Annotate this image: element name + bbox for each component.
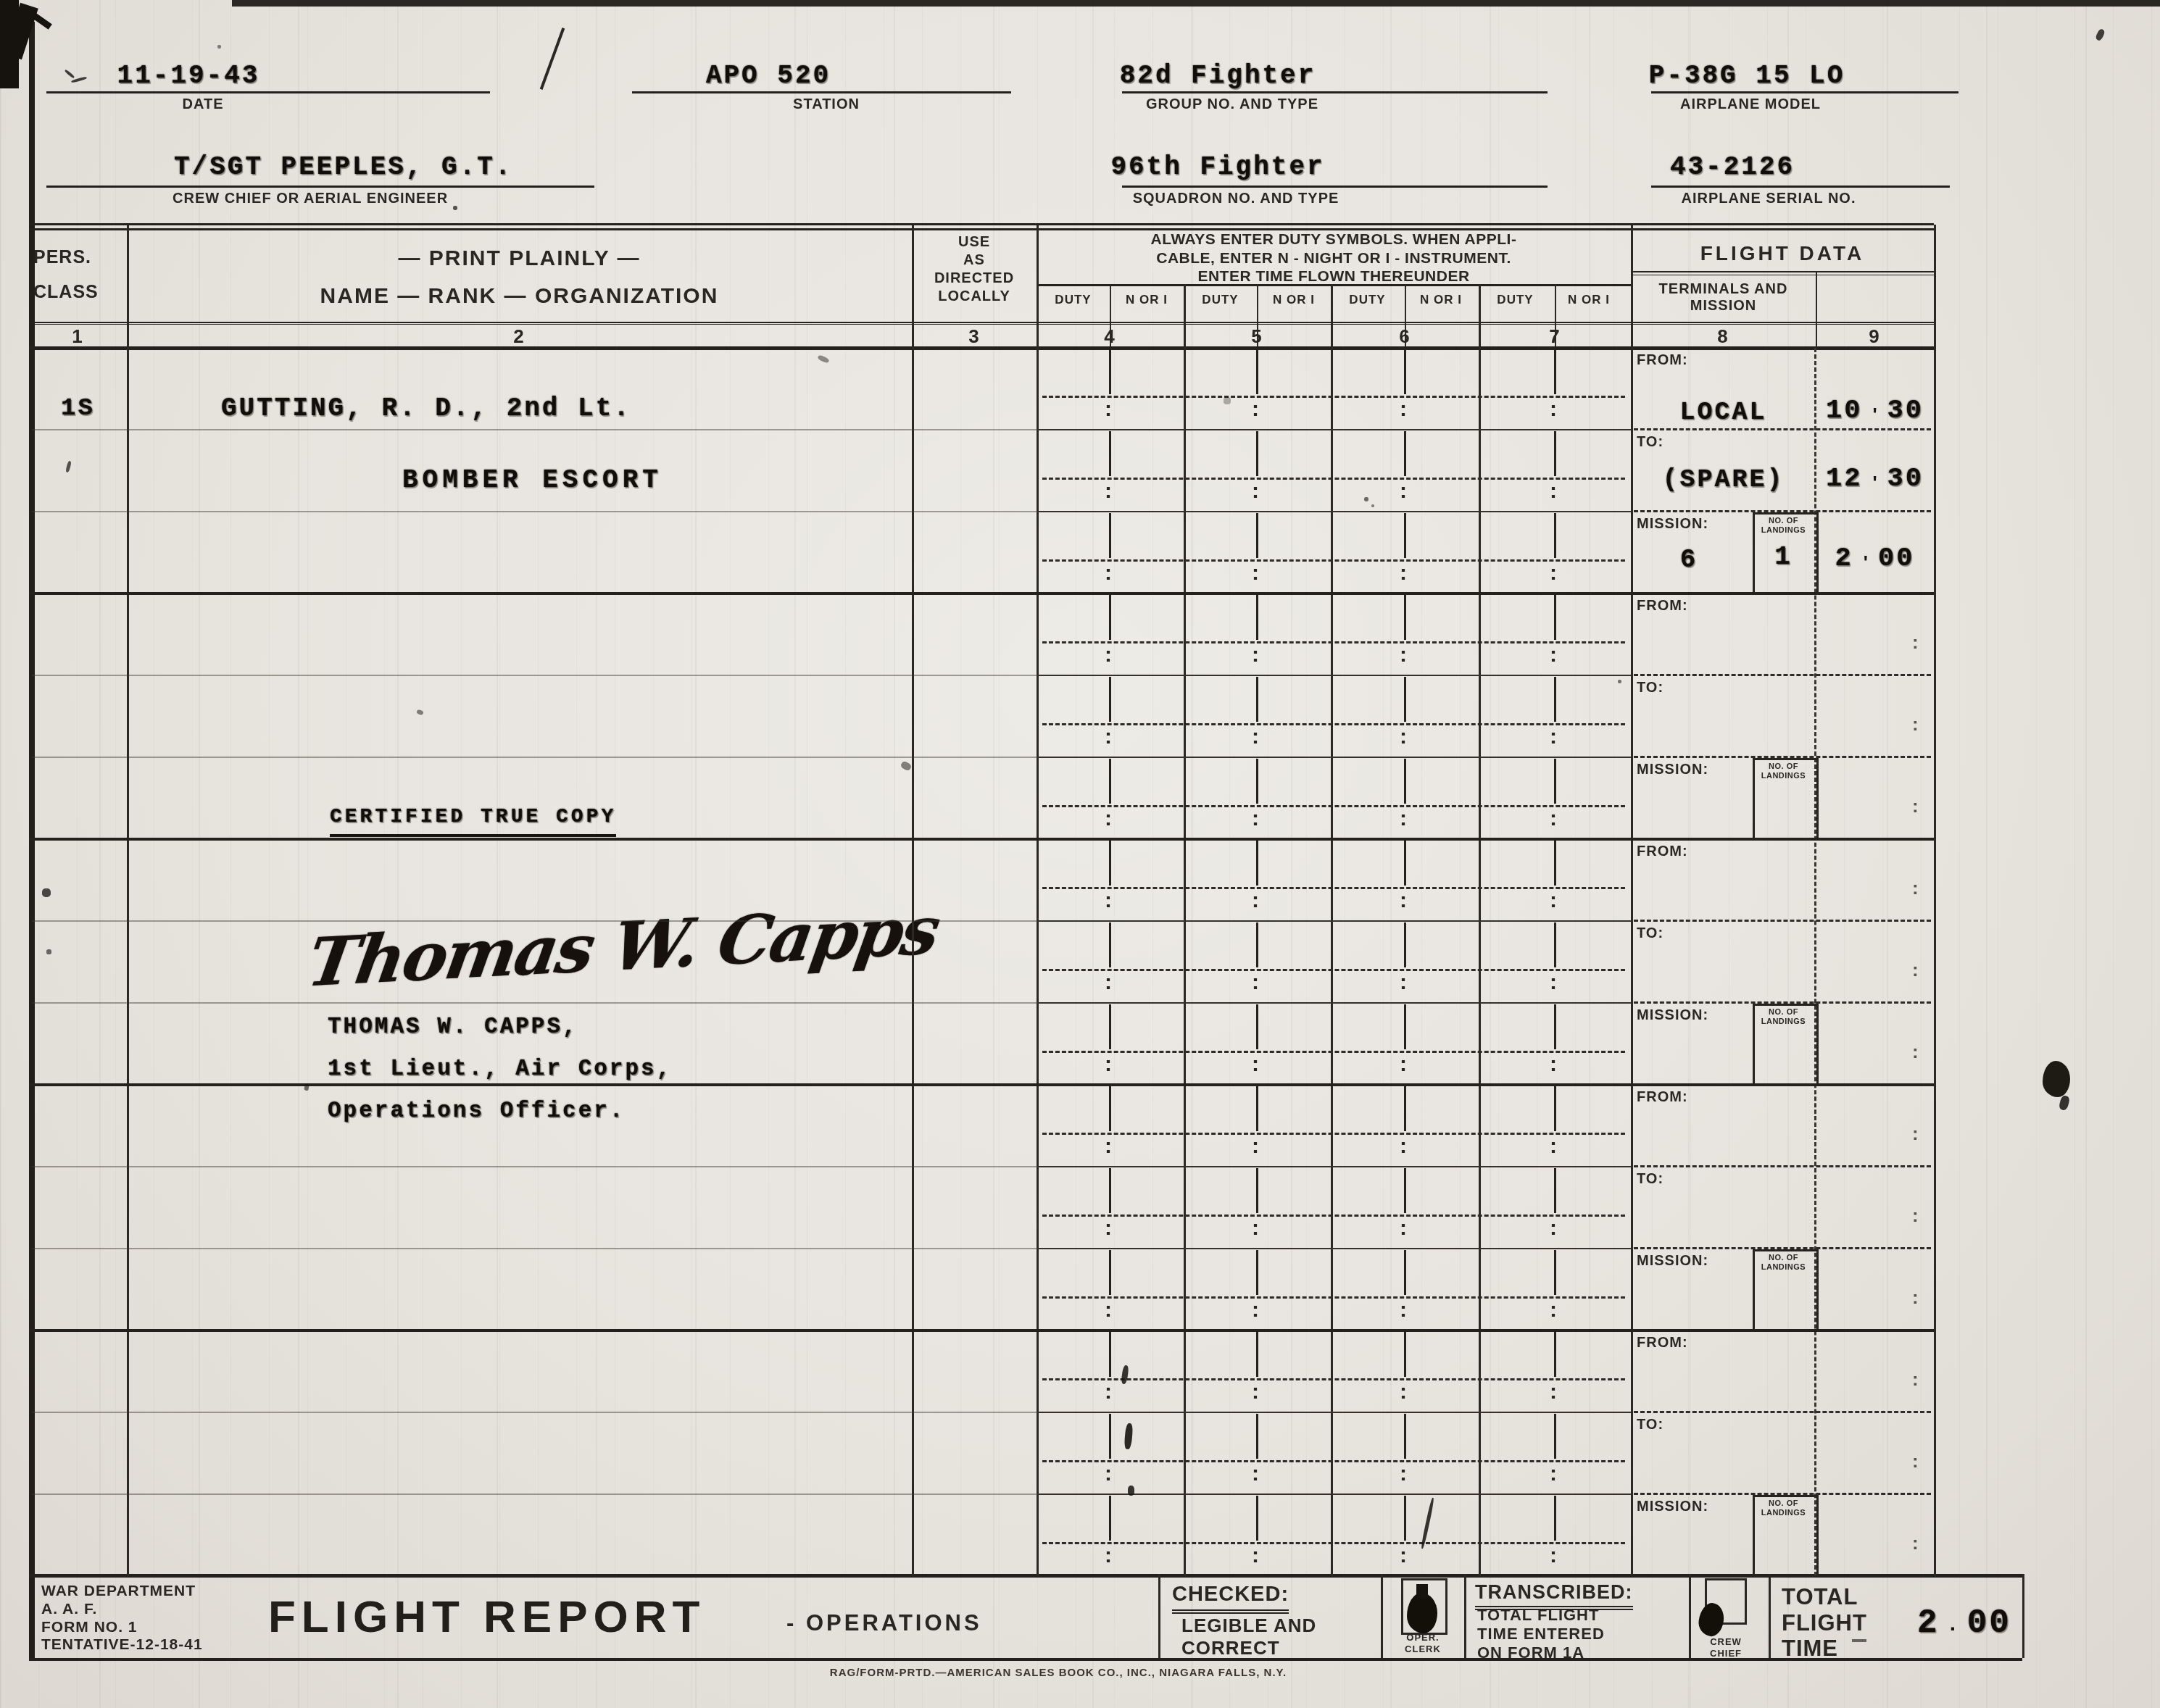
duty-time-colon: [1550, 725, 1557, 749]
duty-time-colon: [1252, 1298, 1259, 1322]
duty-time-colon: [1550, 561, 1557, 586]
date-label: DATE: [130, 96, 275, 113]
grid-vline: [2022, 1574, 2024, 1658]
print-plainly-header: — PRINT PLAINLY —: [127, 246, 912, 272]
rule-line: [1631, 271, 1934, 272]
flight-time-empty-colon: [1912, 877, 1919, 899]
squadron-line: [1122, 186, 1548, 188]
to-time-minutes: 30: [1887, 464, 1924, 494]
scan-speck: [453, 206, 457, 210]
duty-time-colon: [1105, 970, 1112, 995]
total-time-dash: [1852, 1639, 1866, 1642]
duty-subdivider-tick: [1554, 431, 1556, 476]
scan-speck: [304, 1084, 309, 1091]
duty-subdivider-tick: [1256, 1086, 1258, 1131]
subrow-line-terminals: [1634, 1411, 1931, 1413]
airplane-model-line: [1651, 91, 1958, 93]
duty-time-colon: [1400, 397, 1407, 422]
landings-box-label: NO. OF LANDINGS: [1754, 762, 1813, 780]
duty-subdivider-tick: [1554, 1496, 1556, 1541]
duty-subdivider-tick: [1256, 841, 1258, 886]
duty-time-colon: [1252, 561, 1259, 586]
duty-subheader: DUTY: [1331, 293, 1404, 307]
flight-time-empty-colon: [1912, 1204, 1919, 1227]
group-boundary-line: [29, 1329, 1934, 1332]
subrow-line-duty: [1037, 675, 1631, 676]
duty-subdivider-tick: [1109, 1250, 1111, 1295]
ink-blot: [2043, 1061, 2070, 1097]
column-number: 2: [490, 326, 548, 348]
duty-subdivider-tick: [1404, 1332, 1406, 1377]
duty-subdivider-tick: [1109, 922, 1111, 967]
subrow-line-left: [32, 511, 1037, 512]
duty-time-colon: [1400, 1216, 1407, 1241]
duty-subdivider-tick: [1404, 513, 1406, 558]
rule-line: [29, 1658, 2022, 1661]
mission-time-separator: [1864, 551, 1868, 574]
grid-vline: [127, 225, 129, 1576]
duty-subdivider-tick: [1256, 595, 1258, 640]
duty-time-colon: [1105, 561, 1112, 586]
group-boundary-line: [29, 1083, 1934, 1086]
group-value: 82d Fighter: [1087, 61, 1348, 91]
flight-time-empty-colon: [1912, 795, 1919, 817]
scan-speck: [1421, 1497, 1435, 1549]
column-number: 9: [1845, 326, 1903, 348]
duty-subdivider-tick: [1404, 1168, 1406, 1213]
duty-subdivider-tick: [1554, 1086, 1556, 1131]
duty-time-colon: [1105, 1052, 1112, 1077]
scan-speck: [416, 709, 424, 716]
terminal-to-label: TO:: [1637, 1417, 1663, 1433]
station-value: APO 520: [674, 61, 863, 91]
duty-time-colon: [1252, 1380, 1259, 1404]
terminal-from-label: FROM:: [1637, 1335, 1688, 1351]
grid-vline: [1689, 1574, 1691, 1658]
night-instrument-subheader: N OR I: [1257, 293, 1331, 307]
mission-time-hours: 2: [1835, 543, 1853, 574]
duty-subdivider-tick: [1404, 1086, 1406, 1131]
terminals-mission-header: TERMINALS AND MISSION: [1631, 281, 1816, 314]
duty-time-colon: [1550, 888, 1557, 913]
flight-time-empty-colon: [1912, 713, 1919, 736]
duty-time-colon: [1400, 643, 1407, 667]
subrow-line-terminals: [1634, 674, 1931, 676]
duty-subdivider-tick: [1554, 1250, 1556, 1295]
grid-vline: [1816, 271, 1817, 348]
duty-time-colon: [1252, 397, 1259, 422]
group-line: [1122, 91, 1548, 93]
duty-subdivider-tick: [1256, 349, 1258, 394]
duty-time-colon: [1252, 643, 1259, 667]
duty-entry-dashes: [1042, 1378, 1625, 1380]
flight-report-form: 11-19-43 DATE APO 520 STATION 82d Fighte…: [0, 0, 2160, 1708]
flight-time-empty-colon: [1912, 1122, 1919, 1145]
duty-time-colon: [1252, 1544, 1259, 1568]
night-instrument-subheader: N OR I: [1404, 293, 1478, 307]
signer-typed-name: THOMAS W. CAPPS,: [328, 1015, 578, 1040]
duty-time-colon: [1105, 1380, 1112, 1404]
duty-time-colon: [1400, 1052, 1407, 1077]
duty-subdivider-tick: [1109, 759, 1111, 804]
duty-entry-dashes: [1042, 1133, 1625, 1135]
duty-subdivider-tick: [1256, 1168, 1258, 1213]
terminal-mission-label: MISSION:: [1637, 1007, 1708, 1024]
duty-time-colon: [1550, 643, 1557, 667]
duty-subdivider-tick: [1256, 1414, 1258, 1459]
to-terminal-value: (SPARE): [1631, 465, 1816, 494]
duty-time-colon: [1252, 725, 1259, 749]
transcribed-text: TOTAL FLIGHT TIME ENTERED ON FORM 1A: [1477, 1606, 1605, 1662]
checked-label: CHECKED:: [1172, 1583, 1289, 1614]
duty-time-colon: [1400, 479, 1407, 504]
signer-typed-rank: 1st Lieut., Air Corps,: [328, 1057, 672, 1082]
from-time-minutes: 30: [1887, 396, 1924, 426]
duty-time-colon: [1550, 397, 1557, 422]
duty-subdivider-tick: [1404, 841, 1406, 886]
rule-line: [29, 228, 1934, 230]
crew-chief-value: T/SGT PEEPLES, G.T.: [174, 152, 512, 182]
landings-value: 1: [1754, 542, 1813, 572]
duty-entry-dashes: [1042, 805, 1625, 807]
crew-chief-line: [46, 186, 594, 188]
grid-vline: [1934, 225, 1936, 1576]
duty-entry-dashes: [1042, 478, 1625, 480]
station-line: [632, 91, 1011, 93]
scan-speck: [2059, 1095, 2071, 1111]
duty-time-colon: [1400, 1544, 1407, 1568]
duty-subdivider-tick: [1554, 1414, 1556, 1459]
flight-time-empty-colon: [1912, 1450, 1919, 1472]
duty-time-colon: [1400, 970, 1407, 995]
terminal-mission-label: MISSION:: [1637, 762, 1708, 778]
duty-time-colon: [1550, 1462, 1557, 1486]
subrow-line-left: [32, 757, 1037, 758]
duty-time-colon: [1252, 1216, 1259, 1241]
subrow-line-left: [32, 429, 1037, 430]
to-time-separator: [1872, 472, 1877, 494]
duty-subdivider-tick: [1109, 431, 1111, 476]
duty-subdivider-tick: [1404, 759, 1406, 804]
column-number: 3: [945, 326, 1003, 348]
duty-entry-dashes: [1042, 1215, 1625, 1217]
grid-vline: [1381, 1574, 1383, 1658]
subrow-line-left: [32, 1248, 1037, 1249]
duty-entry-dashes: [1042, 396, 1625, 398]
pen-slash-mark: [540, 28, 565, 90]
flight-time-empty-colon: [1912, 959, 1919, 981]
column-number: 4: [1081, 326, 1139, 348]
squadron-value: 96th Fighter: [1087, 152, 1348, 182]
flight-time-empty-colon: [1912, 1286, 1919, 1309]
duty-entry-dashes: [1042, 723, 1625, 725]
duty-time-colon: [1400, 1298, 1407, 1322]
duty-subdivider-tick: [1109, 1332, 1111, 1377]
grid-vline: [912, 225, 914, 1576]
subrow-line-duty: [1037, 757, 1631, 758]
subrow-line-left: [32, 1166, 1037, 1167]
airplane-serial-line: [1651, 186, 1950, 188]
crew-chief-label: CREW CHIEF: [1700, 1636, 1751, 1659]
landings-box-label: NO. OF LANDINGS: [1754, 1008, 1813, 1026]
crew-chief-label: CREW CHIEF OR AERIAL ENGINEER: [173, 191, 448, 207]
duty-subdivider-tick: [1404, 1414, 1406, 1459]
subrow-line-duty: [1037, 1412, 1631, 1413]
signer-typed-title: Operations Officer.: [328, 1099, 625, 1124]
duty-time-colon: [1252, 479, 1259, 504]
airplane-serial-label: AIRPLANE SERIAL NO.: [1660, 191, 1877, 207]
scan-speck: [46, 949, 51, 954]
duty-subdivider-tick: [1404, 677, 1406, 722]
duty-time-colon: [1400, 1380, 1407, 1404]
night-instrument-subheader: N OR I: [1552, 293, 1626, 307]
duty-instructions: ALWAYS ENTER DUTY SYMBOLS. WHEN APPLI- C…: [1039, 230, 1628, 286]
scan-speck: [1618, 680, 1621, 683]
duty-subdivider-tick: [1554, 1168, 1556, 1213]
subrow-line-duty: [1037, 1166, 1631, 1167]
terminal-mission-label: MISSION:: [1637, 1499, 1708, 1515]
rule-line: [29, 324, 1934, 325]
column-number: 7: [1526, 326, 1584, 348]
duty-time-colon: [1550, 1544, 1557, 1568]
date-line: [46, 91, 490, 93]
scan-speck: [217, 45, 221, 49]
duty-time-colon: [1105, 807, 1112, 831]
flight-time-empty-colon: [1912, 631, 1919, 654]
duty-subdivider-tick: [1554, 1004, 1556, 1049]
duty-time-colon: [1550, 1380, 1557, 1404]
form-identifier: WAR DEPARTMENT A. A. F. FORM NO. 1 TENTA…: [41, 1583, 203, 1654]
duty-time-colon: [1252, 1052, 1259, 1077]
subrow-line-left: [32, 920, 1037, 922]
terminal-from-label: FROM:: [1637, 598, 1688, 615]
time-separator-icon: [1950, 1617, 1957, 1642]
pilot-name-value: GUTTING, R. D., 2nd Lt.: [221, 393, 631, 423]
duty-subdivider-tick: [1109, 1086, 1111, 1131]
mission-time-minutes: 00: [1878, 543, 1914, 574]
column-number: 1: [49, 326, 107, 348]
duty-time-colon: [1105, 1216, 1112, 1241]
name-rank-org-header: NAME — RANK — ORGANIZATION: [127, 284, 912, 309]
duty-time-colon: [1400, 1462, 1407, 1486]
duty-entry-dashes: [1042, 1542, 1625, 1544]
signature: Thomas W. Capps: [302, 891, 943, 1002]
duty-entry-dashes: [1042, 1051, 1625, 1053]
rule-line: [29, 322, 1934, 323]
duty-subdivider-tick: [1256, 1004, 1258, 1049]
duty-subdivider-tick: [1256, 431, 1258, 476]
duty-time-colon: [1105, 725, 1112, 749]
landings-box-label: NO. OF LANDINGS: [1754, 1254, 1813, 1272]
airplane-model-value: P-38G 15 LO: [1638, 61, 1856, 91]
footer-title: FLIGHT REPORT: [268, 1591, 705, 1643]
rule-line: [1037, 284, 1631, 286]
night-instrument-subheader: N OR I: [1110, 293, 1184, 307]
column-number: 5: [1228, 326, 1286, 348]
duty-subdivider-tick: [1554, 841, 1556, 886]
terminal-to-label: TO:: [1637, 680, 1663, 696]
scan-speck: [900, 760, 912, 772]
grid-vline: [1769, 1574, 1771, 1658]
scan-speck: [1224, 397, 1231, 404]
pers-class-value: 1S: [29, 395, 127, 422]
duty-subdivider-tick: [1256, 513, 1258, 558]
duty-entry-dashes: [1042, 969, 1625, 971]
subrow-line-left: [32, 675, 1037, 676]
scan-speck: [65, 69, 75, 78]
duty-subdivider-tick: [1404, 595, 1406, 640]
duty-time-colon: [1252, 970, 1259, 995]
duty-subdivider-tick: [1256, 1332, 1258, 1377]
rule-line: [29, 223, 1934, 225]
subrow-line-terminals: [1634, 920, 1931, 922]
duty-time-colon: [1550, 970, 1557, 995]
duty-entry-dashes: [1042, 1460, 1625, 1462]
duty-subdivider-tick: [1109, 513, 1111, 558]
duty-subdivider-tick: [1109, 1414, 1111, 1459]
subrow-line-terminals: [1634, 428, 1931, 430]
duty-subheader: DUTY: [1037, 293, 1110, 307]
duty-subdivider-tick: [1404, 922, 1406, 967]
duty-subdivider-tick: [1109, 841, 1111, 886]
terminal-to-label: TO:: [1637, 925, 1663, 942]
date-value: 11-19-43: [87, 61, 290, 91]
station-label: STATION: [754, 96, 899, 113]
terminal-to-label: TO:: [1637, 434, 1663, 451]
duty-subdivider-tick: [1404, 1004, 1406, 1049]
duty-time-colon: [1550, 1134, 1557, 1159]
duty-time-colon: [1550, 1298, 1557, 1322]
scan-speck: [1371, 504, 1374, 507]
duty-subdivider-tick: [1109, 1168, 1111, 1213]
mission-code-value: 6: [1660, 545, 1718, 575]
airplane-model-label: AIRPLANE MODEL: [1645, 96, 1856, 113]
flight-time-mission: 200: [1816, 543, 1934, 574]
duty-subdivider-tick: [1256, 759, 1258, 804]
duty-subdivider-tick: [1256, 922, 1258, 967]
column-number: 8: [1694, 326, 1752, 348]
duty-time-colon: [1105, 397, 1112, 422]
terminal-from-label: FROM:: [1637, 352, 1688, 369]
scan-edge-top: [232, 0, 2160, 7]
total-time-minutes: 00: [1967, 1604, 2011, 1642]
grid-vline: [1158, 1574, 1160, 1658]
duty-time-colon: [1550, 1052, 1557, 1077]
subrow-line-left: [32, 1494, 1037, 1495]
from-time-separator: [1872, 404, 1877, 426]
flight-time-to: 1230: [1816, 464, 1934, 494]
duty-subdivider-tick: [1256, 1496, 1258, 1541]
subrow-line-terminals: [1634, 1165, 1931, 1167]
duty-subdivider-tick: [1554, 922, 1556, 967]
subrow-line-left: [32, 1002, 1037, 1004]
duty-subdivider-tick: [1404, 431, 1406, 476]
duty-time-colon: [1105, 1298, 1112, 1322]
duty-time-colon: [1550, 479, 1557, 504]
duty-subdivider-tick: [1554, 1332, 1556, 1377]
duty-subheader: DUTY: [1184, 293, 1257, 307]
duty-subdivider-tick: [1554, 349, 1556, 394]
flight-time-empty-colon: [1912, 1041, 1919, 1063]
duty-subdivider-tick: [1109, 1496, 1111, 1541]
subrow-line-duty: [1037, 920, 1631, 922]
terminal-mission-label: MISSION:: [1637, 516, 1708, 533]
subrow-line-duty: [1037, 429, 1631, 430]
duty-subdivider-tick: [1109, 677, 1111, 722]
scan-speck: [65, 461, 72, 473]
terminal-mission-label: MISSION:: [1637, 1253, 1708, 1270]
duty-description-value: BOMBER ESCORT: [402, 465, 662, 495]
flight-time-from: 1030: [1816, 396, 1934, 426]
duty-time-colon: [1400, 888, 1407, 913]
duty-entry-dashes: [1042, 559, 1625, 562]
duty-subdivider-tick: [1404, 1250, 1406, 1295]
duty-subdivider-tick: [1109, 595, 1111, 640]
terminal-from-label: FROM:: [1637, 843, 1688, 860]
oper-clerk-stamp-icon: [1407, 1593, 1437, 1633]
terminal-from-label: FROM:: [1637, 1089, 1688, 1106]
grid-vline: [1037, 225, 1039, 1576]
duty-subdivider-tick: [1109, 349, 1111, 394]
scan-speck: [1121, 1365, 1129, 1385]
duty-time-colon: [1400, 725, 1407, 749]
certified-true-copy: CERTIFIED TRUE COPY: [330, 806, 616, 837]
oper-clerk-label: OPER. CLERK: [1397, 1632, 1448, 1654]
duty-time-colon: [1105, 888, 1112, 913]
total-flight-time-value: 2 00: [1899, 1604, 2030, 1642]
duty-time-colon: [1105, 479, 1112, 504]
duty-subdivider-tick: [1109, 1004, 1111, 1049]
duty-subdivider-tick: [1554, 677, 1556, 722]
from-terminal-value: LOCAL: [1631, 398, 1816, 427]
duty-time-colon: [1550, 1216, 1557, 1241]
duty-time-colon: [1400, 561, 1407, 586]
squadron-label: SQUADRON NO. AND TYPE: [1102, 191, 1370, 207]
duty-time-colon: [1252, 1134, 1259, 1159]
group-label: GROUP NO. AND TYPE: [1102, 96, 1363, 113]
duty-entry-dashes: [1042, 641, 1625, 643]
flight-time-empty-colon: [1912, 1532, 1919, 1554]
duty-subdivider-tick: [1554, 513, 1556, 558]
landings-box-label: NO. OF LANDINGS: [1754, 1499, 1813, 1517]
duty-time-colon: [1105, 1134, 1112, 1159]
group-boundary-line: [29, 838, 1934, 841]
from-time-hours: 10: [1826, 396, 1862, 426]
printer-imprint: RAG/FORM-PRTD.—AMERICAN SALES BOOK CO., …: [790, 1667, 1326, 1679]
subrow-line-duty: [1037, 1494, 1631, 1495]
duty-time-colon: [1550, 807, 1557, 831]
scan-speck: [42, 888, 51, 897]
to-time-hours: 12: [1826, 464, 1862, 494]
footer-subtitle: - OPERATIONS: [786, 1610, 982, 1636]
airplane-serial-value: 43-2126: [1638, 152, 1827, 182]
duty-time-colon: [1105, 643, 1112, 667]
duty-entry-dashes: [1042, 887, 1625, 889]
duty-subdivider-tick: [1404, 1496, 1406, 1541]
duty-subdivider-tick: [1404, 349, 1406, 394]
rule-line: [1631, 275, 1934, 275]
oper-clerk-stamp-top: [1416, 1584, 1428, 1599]
terminal-to-label: TO:: [1637, 1171, 1663, 1188]
total-flight-time-label: TOTAL FLIGHT TIME: [1782, 1584, 1867, 1662]
checked-text: LEGIBLE AND CORRECT: [1181, 1615, 1316, 1659]
use-as-directed-header: USE AS DIRECTED LOCALLY: [912, 233, 1037, 306]
grid-vline: [1631, 225, 1633, 1576]
total-time-hours: 2: [1917, 1604, 1940, 1642]
duty-time-colon: [1252, 807, 1259, 831]
pers-class-header: PERS. CLASS: [33, 241, 124, 309]
duty-subheader: DUTY: [1479, 293, 1552, 307]
